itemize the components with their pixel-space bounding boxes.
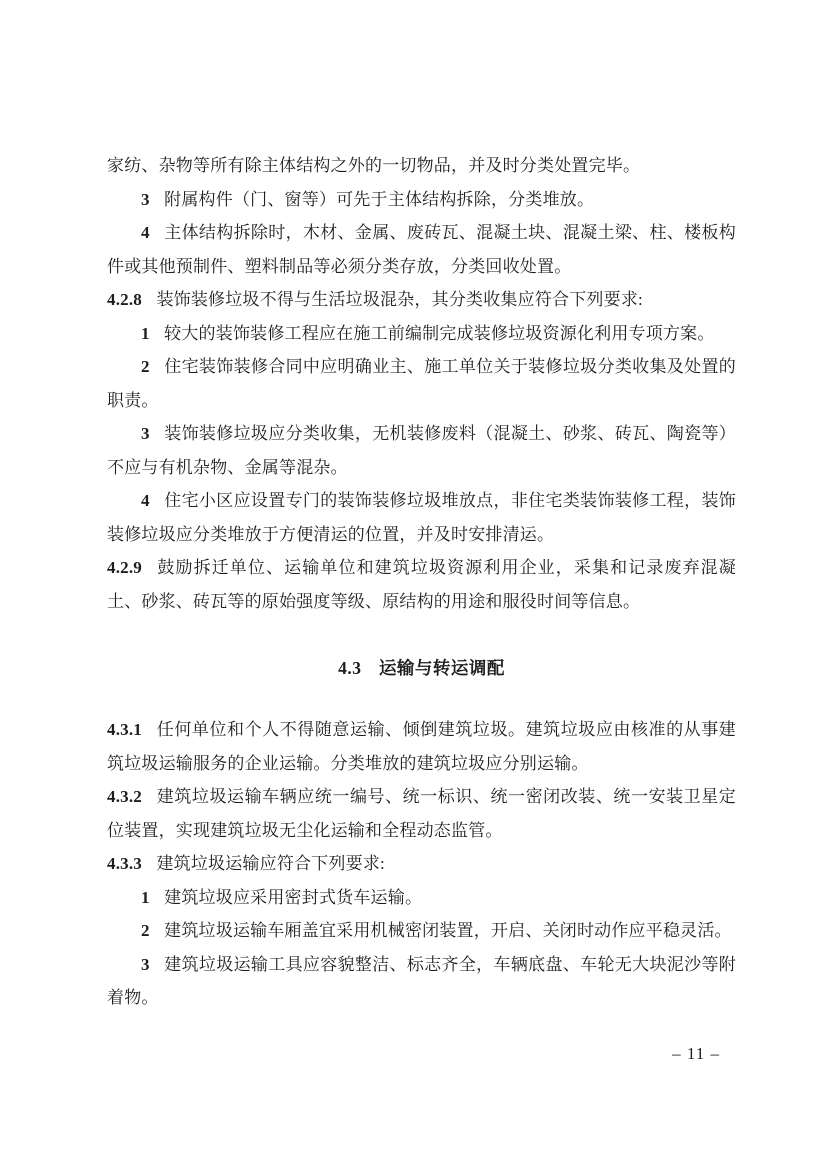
section-number: 4.3 (338, 658, 361, 678)
document-page: { "document": { "pre_heading_paragraphs"… (0, 0, 826, 1169)
list-item: 2建筑垃圾运输车厢盖宜采用机械密闭装置，开启、关闭时动作应平稳灵活。 (107, 914, 736, 948)
list-item: 1建筑垃圾应采用密封式货车运输。 (107, 881, 736, 915)
item-number: 3 (141, 190, 150, 209)
clause-number: 4.3.1 (107, 720, 142, 739)
list-item: 3建筑垃圾运输工具应容貌整洁、标志齐全，车辆底盘、车轮无大块泥沙等附着物。 (107, 948, 736, 1015)
clause-paragraph: 4.3.2建筑垃圾运输车辆应统一编号、统一标识、统一密闭改装、统一安装卫星定位装… (107, 780, 736, 847)
clause-paragraph: 4.3.1任何单位和个人不得随意运输、倾倒建筑垃圾。建筑垃圾应由核准的从事建筑垃… (107, 713, 736, 780)
clause-paragraph: 4.3.3建筑垃圾运输应符合下列要求: (107, 847, 736, 881)
item-number: 2 (141, 357, 150, 376)
paragraph-text: 主体结构拆除时，木材、金属、废砖瓦、混凝土块、混凝土梁、柱、楼板构件或其他预制件… (107, 223, 736, 276)
paragraph-text: 建筑垃圾运输车辆应统一编号、统一标识、统一密闭改装、统一安装卫星定位装置，实现建… (107, 787, 736, 840)
section-title: 运输与转运调配 (379, 658, 505, 678)
paragraph-text: 建筑垃圾运输应符合下列要求: (156, 854, 385, 873)
clause-paragraph: 4.2.9鼓励拆迁单位、运输单位和建筑垃圾资源利用企业，采集和记录废弃混凝土、砂… (107, 551, 736, 618)
paragraph-text: 装饰装修垃圾不得与生活垃圾混杂，其分类收集应符合下列要求: (156, 290, 643, 309)
page-body: 家纺、杂物等所有除主体结构之外的一切物品，并及时分类处置完毕。 3附属构件（门、… (107, 149, 736, 1015)
list-item: 3附属构件（门、窗等）可先于主体结构拆除，分类堆放。 (107, 183, 736, 217)
paragraph-text: 附属构件（门、窗等）可先于主体结构拆除，分类堆放。 (164, 190, 594, 209)
clause-number: 4.3.2 (107, 787, 142, 806)
item-number: 2 (141, 921, 150, 940)
item-number: 3 (141, 955, 150, 974)
page-number: – 11 – (672, 1044, 720, 1064)
paragraph-text: 任何单位和个人不得随意运输、倾倒建筑垃圾。建筑垃圾应由核准的从事建筑垃圾运输服务… (107, 720, 736, 773)
item-number: 1 (141, 888, 150, 907)
paragraph-text: 较大的装饰装修工程应在施工前编制完成装修垃圾资源化利用专项方案。 (164, 324, 714, 343)
list-item: 1较大的装饰装修工程应在施工前编制完成装修垃圾资源化利用专项方案。 (107, 317, 736, 351)
list-item: 2住宅装饰装修合同中应明确业主、施工单位关于装修垃圾分类收集及处置的职责。 (107, 350, 736, 417)
item-number: 4 (141, 223, 150, 242)
paragraph-text: 装饰装修垃圾应分类收集，无机装修废料（混凝土、砂浆、砖瓦、陶瓷等）不应与有机杂物… (107, 424, 736, 477)
paragraph-text: 住宅小区应设置专门的装饰装修垃圾堆放点，非住宅类装饰装修工程，装饰装修垃圾应分类… (107, 491, 736, 544)
paragraph-text: 鼓励拆迁单位、运输单位和建筑垃圾资源利用企业，采集和记录废弃混凝土、砂浆、砖瓦等… (107, 558, 736, 611)
item-number: 3 (141, 424, 150, 443)
paragraph-text: 住宅装饰装修合同中应明确业主、施工单位关于装修垃圾分类收集及处置的职责。 (107, 357, 736, 410)
clause-number: 4.2.8 (107, 290, 142, 309)
item-number: 4 (141, 491, 150, 510)
list-item: 4住宅小区应设置专门的装饰装修垃圾堆放点，非住宅类装饰装修工程，装饰装修垃圾应分… (107, 484, 736, 551)
paragraph-text: 建筑垃圾运输工具应容貌整洁、标志齐全，车辆底盘、车轮无大块泥沙等附着物。 (107, 955, 736, 1008)
clause-number: 4.2.9 (107, 558, 142, 577)
paragraph-text: 建筑垃圾运输车厢盖宜采用机械密闭装置，开启、关闭时动作应平稳灵活。 (164, 921, 732, 940)
paragraph-text: 家纺、杂物等所有除主体结构之外的一切物品，并及时分类处置完毕。 (107, 156, 640, 175)
list-item: 3装饰装修垃圾应分类收集，无机装修废料（混凝土、砂浆、砖瓦、陶瓷等）不应与有机杂… (107, 417, 736, 484)
clause-paragraph: 4.2.8装饰装修垃圾不得与生活垃圾混杂，其分类收集应符合下列要求: (107, 283, 736, 317)
item-number: 1 (141, 324, 150, 343)
section-heading: 4.3运输与转运调配 (107, 651, 736, 685)
paragraph-text: 建筑垃圾应采用密封式货车运输。 (164, 888, 422, 907)
list-item: 4主体结构拆除时，木材、金属、废砖瓦、混凝土块、混凝土梁、柱、楼板构件或其他预制… (107, 216, 736, 283)
continuation-paragraph: 家纺、杂物等所有除主体结构之外的一切物品，并及时分类处置完毕。 (107, 149, 736, 183)
clause-number: 4.3.3 (107, 854, 142, 873)
